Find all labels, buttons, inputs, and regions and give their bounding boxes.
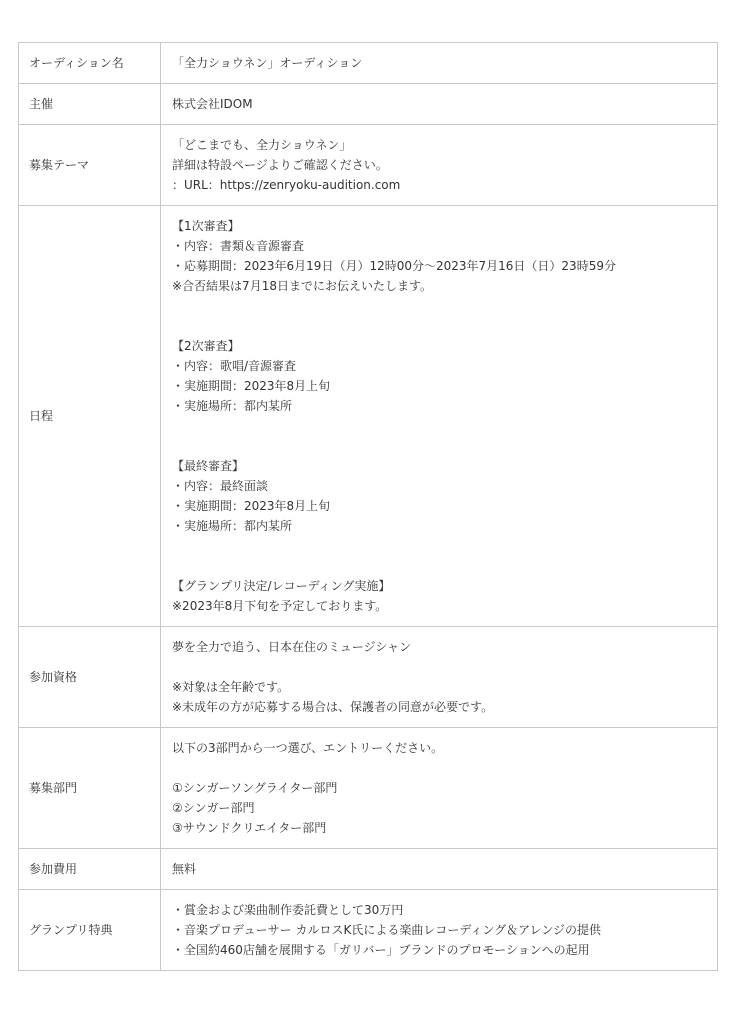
- value-line: 【グランプリ決定/レコーディング実施】: [172, 576, 707, 596]
- blank-line: [172, 657, 707, 677]
- label-fee: 参加費用: [19, 849, 161, 890]
- value-line: ②シンガー部門: [172, 798, 707, 818]
- label-schedule: 日程: [19, 206, 161, 627]
- value-line: ・実施場所：都内某所: [172, 516, 707, 536]
- blank-line: [172, 416, 707, 436]
- label-organizer: 主催: [19, 84, 161, 125]
- label-eligibility: 参加資格: [19, 627, 161, 728]
- value-line: 「どこまでも、全力ショウネン」: [172, 135, 707, 155]
- label-audition-name: オーディション名: [19, 43, 161, 84]
- value-line: 「全力ショウネン」オーディション: [172, 53, 707, 73]
- value-line: ※合否結果は7月18日までにお伝えいたします。: [172, 276, 707, 296]
- value-line: ・応募期間：2023年6月19日（月）12時00分～2023年7月16日（日）2…: [172, 256, 707, 276]
- value-line: 【1次審査】: [172, 216, 707, 236]
- value-fee: 無料: [161, 849, 718, 890]
- value-line: 詳細は特設ページよりご確認ください。: [172, 155, 707, 175]
- row-audition-name: オーディション名 「全力ショウネン」オーディション: [19, 43, 718, 84]
- value-grand-prix-benefits: ・賞金および楽曲制作委託費として30万円 ・音楽プロデューサー カルロスK氏によ…: [161, 890, 718, 971]
- value-line: ①シンガーソングライター部門: [172, 778, 707, 798]
- value-line: ・実施場所：都内某所: [172, 396, 707, 416]
- row-fee: 参加費用 無料: [19, 849, 718, 890]
- blank-line: [172, 296, 707, 316]
- value-line: ・内容：書類＆音源審査: [172, 236, 707, 256]
- value-line: ・実施期間：2023年8月上旬: [172, 376, 707, 396]
- value-line: ・実施期間：2023年8月上旬: [172, 496, 707, 516]
- value-line: 【2次審査】: [172, 336, 707, 356]
- value-line: ・音楽プロデューサー カルロスK氏による楽曲レコーディング＆アレンジの提供: [172, 920, 707, 940]
- value-schedule: 【1次審査】 ・内容：書類＆音源審査 ・応募期間：2023年6月19日（月）12…: [161, 206, 718, 627]
- value-line: 無料: [172, 859, 707, 879]
- row-schedule: 日程 【1次審査】 ・内容：書類＆音源審査 ・応募期間：2023年6月19日（月…: [19, 206, 718, 627]
- url-text: ：URL：https://zenryoku-audition.com: [172, 175, 707, 195]
- blank-line: [172, 436, 707, 456]
- label-categories: 募集部門: [19, 728, 161, 849]
- value-line: ・全国約460店舗を展開する「ガリバー」ブランドのプロモーションへの起用: [172, 940, 707, 960]
- row-grand-prix-benefits: グランプリ特典 ・賞金および楽曲制作委託費として30万円 ・音楽プロデューサー …: [19, 890, 718, 971]
- value-line: 以下の3部門から一つ選び、エントリーください。: [172, 738, 707, 758]
- row-theme: 募集テーマ 「どこまでも、全力ショウネン」 詳細は特設ページよりご確認ください。…: [19, 125, 718, 206]
- value-line: ・内容：歌唱/音源審査: [172, 356, 707, 376]
- blank-line: [172, 556, 707, 576]
- value-line: 株式会社IDOM: [172, 94, 707, 114]
- value-line: ・賞金および楽曲制作委託費として30万円: [172, 900, 707, 920]
- blank-line: [172, 758, 707, 778]
- blank-line: [172, 316, 707, 336]
- value-line: ※未成年の方が応募する場合は、保護者の同意が必要です。: [172, 697, 707, 717]
- row-categories: 募集部門 以下の3部門から一つ選び、エントリーください。 ①シンガーソングライタ…: [19, 728, 718, 849]
- value-eligibility: 夢を全力で追う、日本在住のミュージシャン ※対象は全年齢です。 ※未成年の方が応…: [161, 627, 718, 728]
- value-theme: 「どこまでも、全力ショウネン」 詳細は特設ページよりご確認ください。 ：URL：…: [161, 125, 718, 206]
- label-grand-prix-benefits: グランプリ特典: [19, 890, 161, 971]
- value-organizer: 株式会社IDOM: [161, 84, 718, 125]
- value-line: ・内容：最終面談: [172, 476, 707, 496]
- value-line: 【最終審査】: [172, 456, 707, 476]
- value-line: ③サウンドクリエイター部門: [172, 818, 707, 838]
- value-audition-name: 「全力ショウネン」オーディション: [161, 43, 718, 84]
- value-categories: 以下の3部門から一つ選び、エントリーください。 ①シンガーソングライター部門 ②…: [161, 728, 718, 849]
- value-line: 夢を全力で追う、日本在住のミュージシャン: [172, 637, 707, 657]
- blank-line: [172, 536, 707, 556]
- audition-info-table: オーディション名 「全力ショウネン」オーディション 主催 株式会社IDOM 募集…: [18, 42, 718, 971]
- value-line: ※2023年8月下旬を予定しております。: [172, 596, 707, 616]
- value-line: ※対象は全年齢です。: [172, 677, 707, 697]
- row-organizer: 主催 株式会社IDOM: [19, 84, 718, 125]
- label-theme: 募集テーマ: [19, 125, 161, 206]
- row-eligibility: 参加資格 夢を全力で追う、日本在住のミュージシャン ※対象は全年齢です。 ※未成…: [19, 627, 718, 728]
